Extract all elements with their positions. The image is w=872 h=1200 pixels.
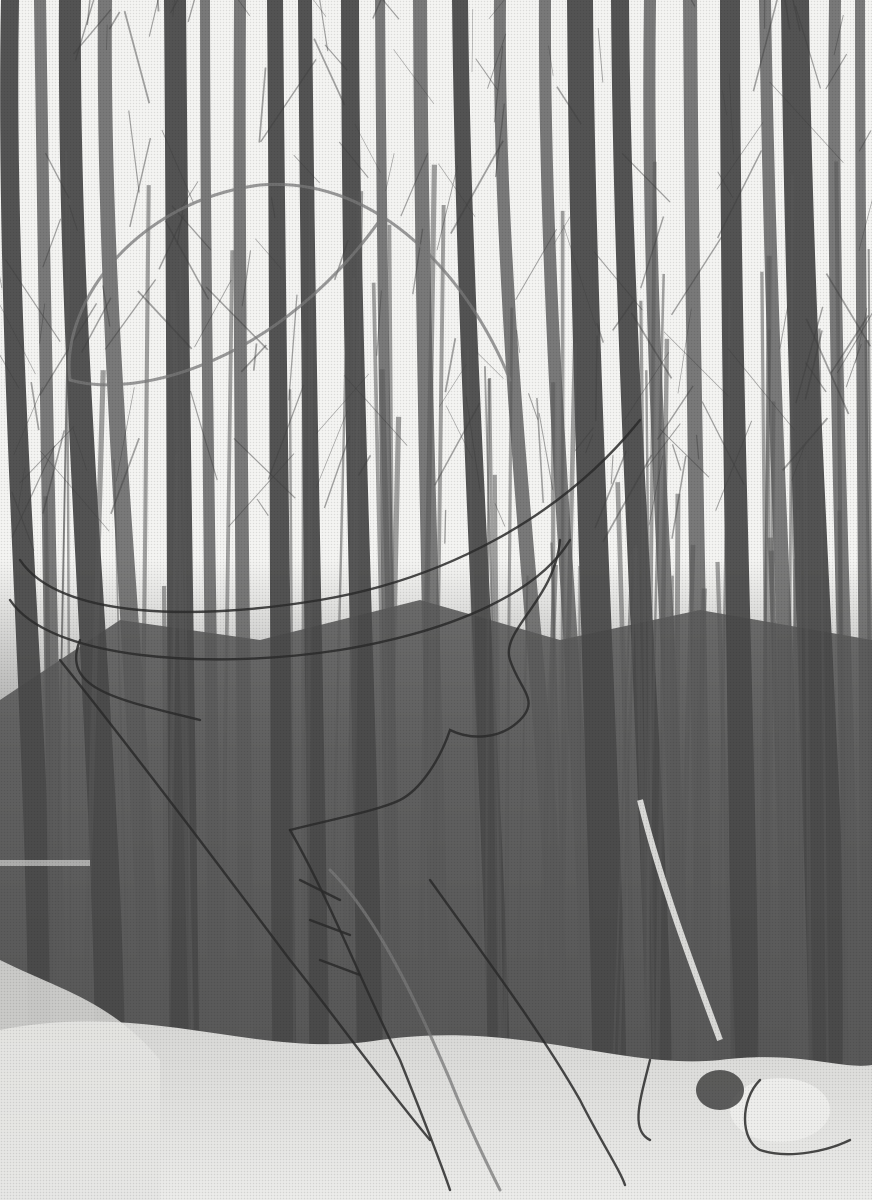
artwork bbox=[0, 0, 872, 1200]
forest-photo bbox=[0, 0, 872, 1200]
